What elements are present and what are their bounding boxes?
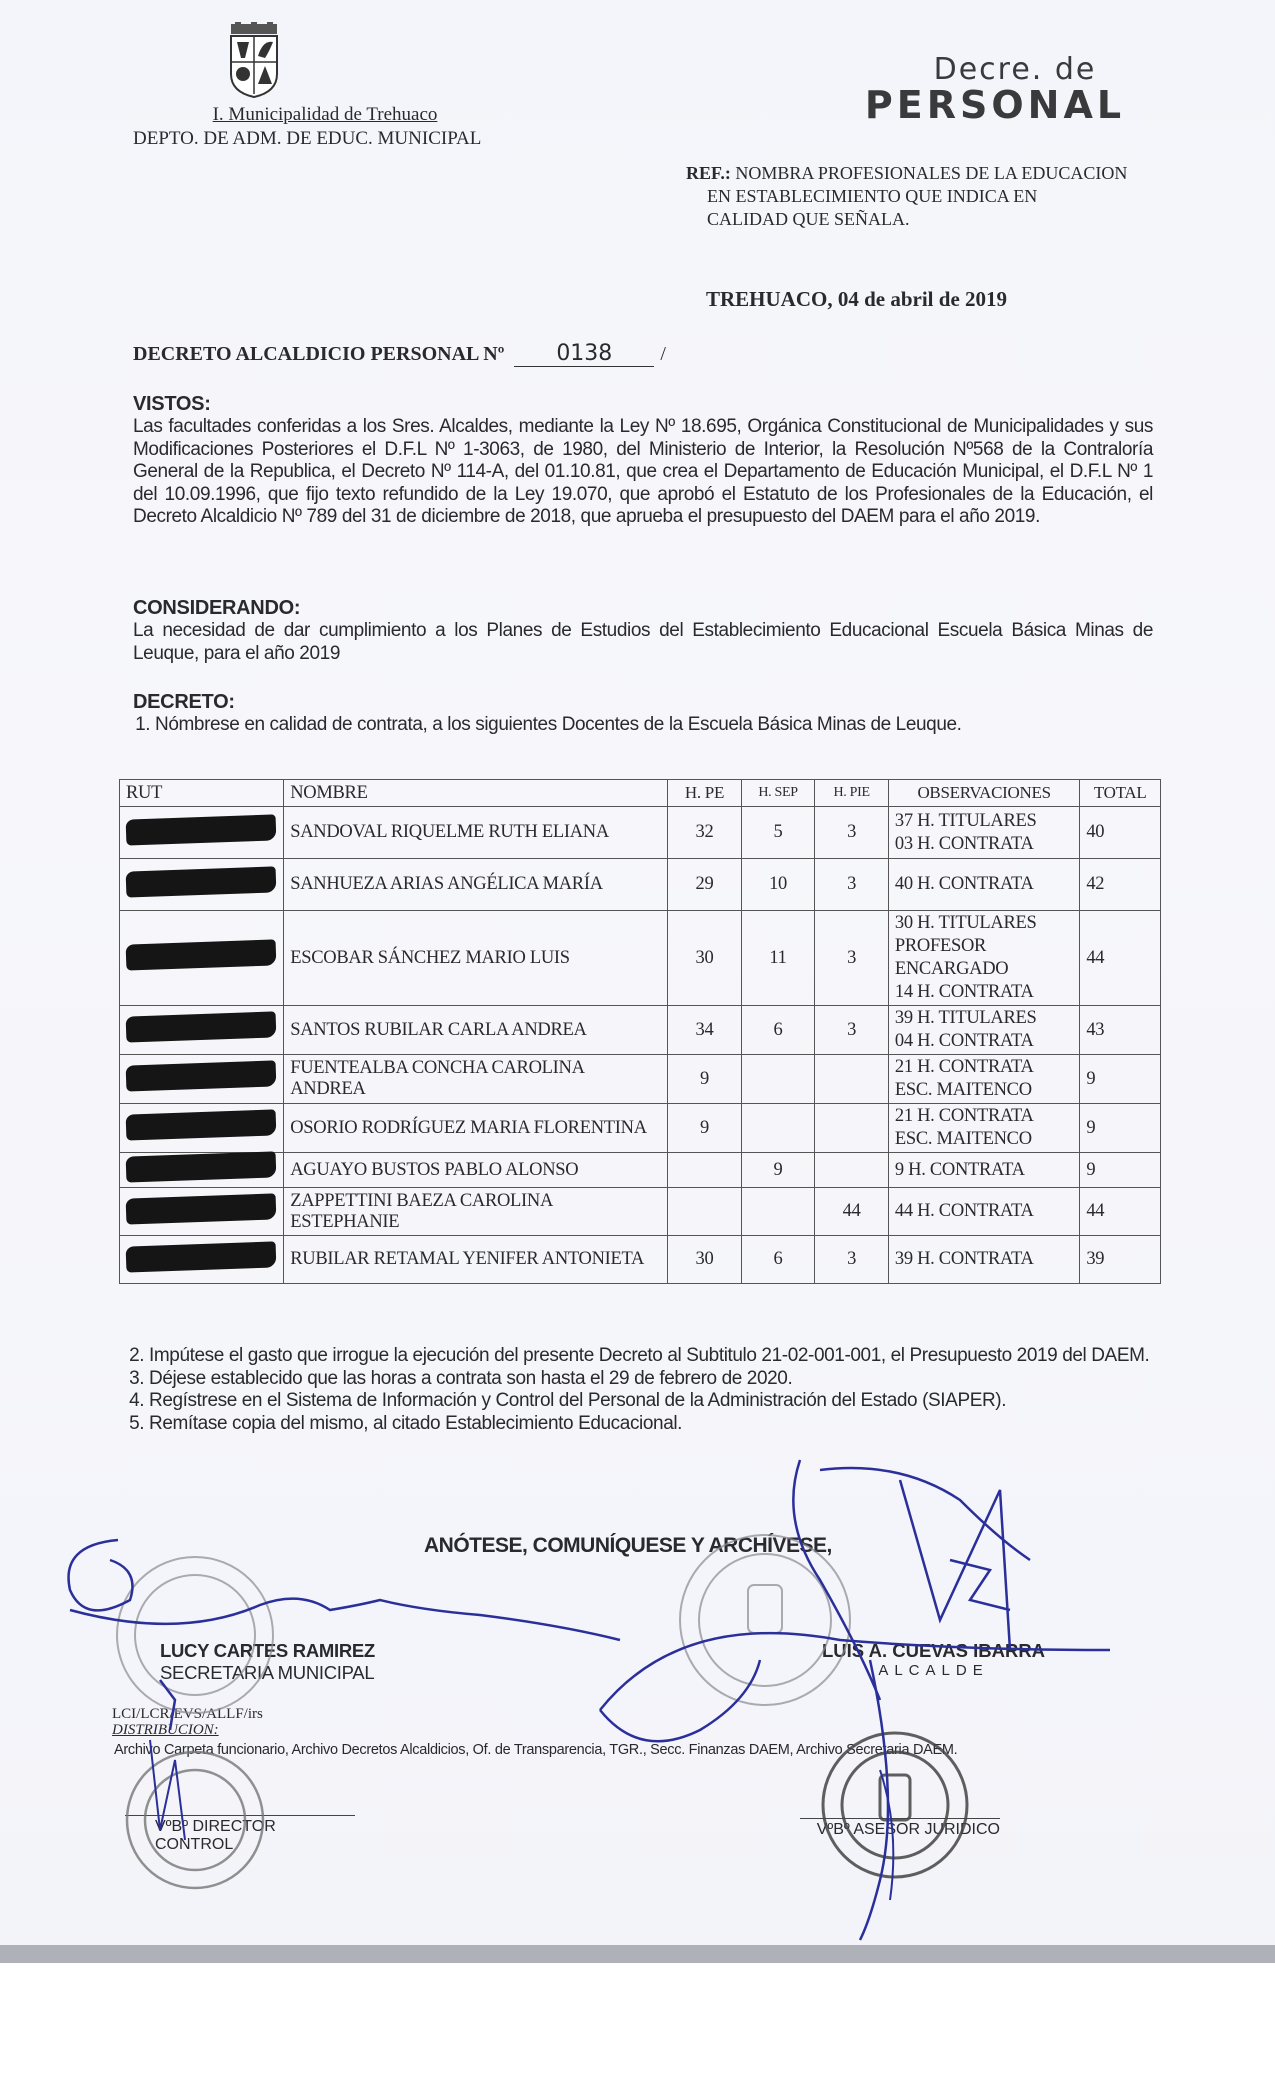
redacted-rut <box>126 866 277 897</box>
stamp-line-1: Decre. de <box>900 52 1130 87</box>
observacion-line: 39 H. TITULARES <box>895 1007 1073 1030</box>
name-cell: AGUAYO BUSTOS PABLO ALONSO <box>284 1153 668 1188</box>
redacted-rut <box>126 1241 277 1272</box>
mayor-name: LUIS A. CUEVAS IBARRA <box>822 1640 1045 1662</box>
h-pie-cell: 3 <box>815 1236 889 1284</box>
h-pie-cell: 3 <box>815 859 889 911</box>
h-pe-cell <box>668 1188 742 1236</box>
name-cell: ESCOBAR SÁNCHEZ MARIO LUIS <box>284 911 668 1006</box>
considerando-section: CONSIDERANDO: La necesidad de dar cumpli… <box>133 597 1153 665</box>
distribution-list: Archivo Carpeta funcionario, Archivo Dec… <box>114 1742 957 1758</box>
observaciones-cell: 9 H. CONTRATA <box>888 1153 1079 1188</box>
table-row: FUENTEALBA CONCHA CAROLINA ANDREA921 H. … <box>120 1055 1161 1104</box>
distribution-label: DISTRIBUCION: <box>112 1722 219 1739</box>
name-cell: SANDOVAL RIQUELME RUTH ELIANA <box>284 807 668 859</box>
observacion-line: 04 H. CONTRATA <box>895 1030 1073 1053</box>
rut-cell <box>120 1055 284 1104</box>
h-sep-cell: 5 <box>741 807 815 859</box>
col-total: TOTAL <box>1080 780 1161 807</box>
rut-cell <box>120 911 284 1006</box>
total-cell: 9 <box>1080 1055 1161 1104</box>
name-cell: OSORIO RODRÍGUEZ MARIA FLORENTINA <box>284 1104 668 1153</box>
secretary-signature-block: LUCY CARTES RAMIREZ SECRETARIA MUNICIPAL <box>160 1640 375 1684</box>
observacion-line: 9 H. CONTRATA <box>895 1159 1073 1182</box>
table-row: SANHUEZA ARIAS ANGÉLICA MARÍA2910340 H. … <box>120 859 1161 911</box>
secretary-title: SECRETARIA MUNICIPAL <box>160 1662 375 1684</box>
department-name: DEPTO. DE ADM. DE EDUC. MUNICIPAL <box>133 128 481 150</box>
decree-item: Regístrese en el Sistema de Información … <box>149 1390 1157 1413</box>
total-cell: 9 <box>1080 1153 1161 1188</box>
observacion-line: 30 H. TITULARES <box>895 912 1073 935</box>
h-pe-cell: 9 <box>668 1055 742 1104</box>
closing-formula: ANÓTESE, COMUNÍQUESE Y ARCHÍVESE, <box>424 1534 832 1558</box>
table-row: AGUAYO BUSTOS PABLO ALONSO99 H. CONTRATA… <box>120 1153 1161 1188</box>
decree-items: Impútese el gasto que irrogue la ejecuci… <box>127 1345 1157 1435</box>
col-nombre: NOMBRE <box>284 780 668 807</box>
decreto-section: DECRETO: Nómbrese en calidad de contrata… <box>133 691 1153 737</box>
ref-label: REF.: <box>686 163 731 183</box>
h-pe-cell: 34 <box>668 1006 742 1055</box>
reference-block: REF.: NOMBRA PROFESIONALES DE LA EDUCACI… <box>686 162 1166 231</box>
observaciones-cell: 30 H. TITULARESPROFESORENCARGADO14 H. CO… <box>888 911 1079 1006</box>
redacted-rut <box>126 1109 277 1140</box>
vistos-text: Las facultades conferidas a los Sres. Al… <box>133 416 1153 529</box>
rut-cell <box>120 807 284 859</box>
decree-type-stamp: Decre. de PERSONAL <box>860 52 1130 127</box>
decreto-item-1: Nómbrese en calidad de contrata, a los s… <box>155 714 1153 737</box>
table-row: ESCOBAR SÁNCHEZ MARIO LUIS3011330 H. TIT… <box>120 911 1161 1006</box>
table-row: SANTOS RUBILAR CARLA ANDREA346339 H. TIT… <box>120 1006 1161 1055</box>
considerando-text: La necesidad de dar cumplimiento a los P… <box>133 620 1153 665</box>
h-pie-cell: 44 <box>815 1188 889 1236</box>
h-pe-cell: 30 <box>668 911 742 1006</box>
total-cell: 44 <box>1080 1188 1161 1236</box>
h-sep-cell: 11 <box>741 911 815 1006</box>
total-cell: 44 <box>1080 911 1161 1006</box>
redacted-rut <box>126 1011 277 1042</box>
municipality-name: I. Municipalidad de Trehuaco <box>145 104 505 126</box>
ref-line-3: CALIDAD QUE SEÑALA. <box>686 208 1166 231</box>
table-row: OSORIO RODRÍGUEZ MARIA FLORENTINA921 H. … <box>120 1104 1161 1153</box>
ref-line-1: NOMBRA PROFESIONALES DE LA EDUCACION <box>735 163 1127 183</box>
col-h-pe: H. PE <box>668 780 742 807</box>
h-pie-cell: 3 <box>815 911 889 1006</box>
vistos-section: VISTOS: Las facultades conferidas a los … <box>133 393 1153 529</box>
col-h-pie: H. PIE <box>815 780 889 807</box>
coat-of-arms-icon <box>225 22 283 98</box>
stamp-line-2: PERSONAL <box>860 83 1130 127</box>
total-cell: 42 <box>1080 859 1161 911</box>
document-date: TREHUACO, 04 de abril de 2019 <box>706 287 1007 312</box>
redacted-rut <box>126 1193 277 1224</box>
observacion-line: ESC. MAITENCO <box>895 1079 1073 1102</box>
total-cell: 9 <box>1080 1104 1161 1153</box>
observacion-line: ENCARGADO <box>895 958 1073 981</box>
vb-asesor-juridico: VºBº ASESOR JURIDICO <box>800 1818 1000 1839</box>
mayor-title: ALCALDE <box>822 1662 1045 1679</box>
h-sep-cell: 10 <box>741 859 815 911</box>
mayor-signature-block: LUIS A. CUEVAS IBARRA ALCALDE <box>822 1640 1045 1679</box>
decree-item: Déjese establecido que las horas a contr… <box>149 1368 1157 1391</box>
observacion-line: 21 H. CONTRATA <box>895 1056 1073 1079</box>
h-sep-cell: 6 <box>741 1006 815 1055</box>
observacion-line: 44 H. CONTRATA <box>895 1200 1073 1223</box>
observacion-line: PROFESOR <box>895 935 1073 958</box>
teachers-table: RUT NOMBRE H. PE H. SEP H. PIE OBSERVACI… <box>119 779 1161 1284</box>
name-cell: ZAPPETTINI BAEZA CAROLINA ESTEPHANIE <box>284 1188 668 1236</box>
considerando-title: CONSIDERANDO: <box>133 597 1153 620</box>
name-cell: RUBILAR RETAMAL YENIFER ANTONIETA <box>284 1236 668 1284</box>
h-pe-cell: 9 <box>668 1104 742 1153</box>
h-sep-cell: 6 <box>741 1236 815 1284</box>
decree-item: Remítase copia del mismo, al citado Esta… <box>149 1413 1157 1436</box>
secretary-name: LUCY CARTES RAMIREZ <box>160 1640 375 1662</box>
observaciones-cell: 40 H. CONTRATA <box>888 859 1079 911</box>
rut-cell <box>120 1188 284 1236</box>
total-cell: 39 <box>1080 1236 1161 1284</box>
h-pie-cell: 3 <box>815 1006 889 1055</box>
rut-cell <box>120 859 284 911</box>
rut-cell <box>120 1006 284 1055</box>
rut-cell <box>120 1153 284 1188</box>
h-pe-cell <box>668 1153 742 1188</box>
total-cell: 43 <box>1080 1006 1161 1055</box>
observaciones-cell: 21 H. CONTRATAESC. MAITENCO <box>888 1055 1079 1104</box>
col-observaciones: OBSERVACIONES <box>888 780 1079 807</box>
observacion-line: 14 H. CONTRATA <box>895 981 1073 1004</box>
h-pie-cell <box>815 1153 889 1188</box>
table-header-row: RUT NOMBRE H. PE H. SEP H. PIE OBSERVACI… <box>120 780 1161 807</box>
name-cell: SANTOS RUBILAR CARLA ANDREA <box>284 1006 668 1055</box>
vistos-title: VISTOS: <box>133 393 1153 416</box>
h-pe-cell: 29 <box>668 859 742 911</box>
table-row: ZAPPETTINI BAEZA CAROLINA ESTEPHANIE4444… <box>120 1188 1161 1236</box>
name-cell: SANHUEZA ARIAS ANGÉLICA MARÍA <box>284 859 668 911</box>
decree-suffix: / <box>660 343 666 366</box>
decree-item: Impútese el gasto que irrogue la ejecuci… <box>149 1345 1157 1368</box>
h-pie-cell <box>815 1104 889 1153</box>
h-sep-cell <box>741 1188 815 1236</box>
h-pe-cell: 30 <box>668 1236 742 1284</box>
observaciones-cell: 37 H. TITULARES03 H. CONTRATA <box>888 807 1079 859</box>
table-row: SANDOVAL RIQUELME RUTH ELIANA325337 H. T… <box>120 807 1161 859</box>
observaciones-cell: 39 H. TITULARES04 H. CONTRATA <box>888 1006 1079 1055</box>
col-h-sep: H. SEP <box>741 780 815 807</box>
observacion-line: 40 H. CONTRATA <box>895 873 1073 896</box>
col-rut: RUT <box>120 780 284 807</box>
decree-number: 0138 <box>514 341 654 367</box>
h-pie-cell <box>815 1055 889 1104</box>
author-initials: LCI/LCR/EVS/ALLF/irs <box>112 1706 263 1723</box>
ref-line-2: EN ESTABLECIMIENTO QUE INDICA EN <box>686 185 1166 208</box>
observacion-line: ESC. MAITENCO <box>895 1128 1073 1151</box>
h-pe-cell: 32 <box>668 807 742 859</box>
h-sep-cell <box>741 1055 815 1104</box>
table-row: RUBILAR RETAMAL YENIFER ANTONIETA306339 … <box>120 1236 1161 1284</box>
h-sep-cell <box>741 1104 815 1153</box>
decree-number-line: DECRETO ALCALDICIO PERSONAL Nº 0138 / <box>133 341 666 367</box>
observaciones-cell: 21 H. CONTRATAESC. MAITENCO <box>888 1104 1079 1153</box>
observacion-line: 21 H. CONTRATA <box>895 1105 1073 1128</box>
observaciones-cell: 44 H. CONTRATA <box>888 1188 1079 1236</box>
h-pie-cell: 3 <box>815 807 889 859</box>
redacted-rut <box>126 939 277 970</box>
decree-label: DECRETO ALCALDICIO PERSONAL Nº <box>133 343 504 366</box>
observacion-line: 03 H. CONTRATA <box>895 833 1073 856</box>
redacted-rut <box>126 1151 277 1182</box>
observacion-line: 39 H. CONTRATA <box>895 1248 1073 1271</box>
decreto-title: DECRETO: <box>133 691 1153 714</box>
rut-cell <box>120 1236 284 1284</box>
scanner-edge <box>0 1945 1275 1963</box>
rut-cell <box>120 1104 284 1153</box>
h-sep-cell: 9 <box>741 1153 815 1188</box>
observaciones-cell: 39 H. CONTRATA <box>888 1236 1079 1284</box>
vb-director-control: VºBº DIRECTOR CONTROL <box>125 1815 355 1854</box>
redacted-rut <box>126 1060 277 1091</box>
name-cell: FUENTEALBA CONCHA CAROLINA ANDREA <box>284 1055 668 1104</box>
redacted-rut <box>126 814 277 845</box>
observacion-line: 37 H. TITULARES <box>895 810 1073 833</box>
total-cell: 40 <box>1080 807 1161 859</box>
